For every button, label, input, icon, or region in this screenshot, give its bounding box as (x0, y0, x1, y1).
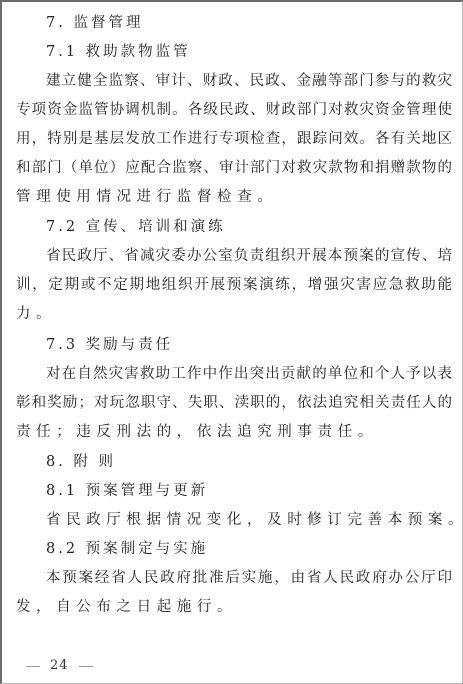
subsection-heading-7-2: 7.2 宣传、培训和演练 (46, 217, 452, 237)
paragraph-line: 省民政厅根据情况变化，及时修订完善本预案。 (46, 510, 452, 530)
paragraph-line: 责任；违反刑法的，依法追究刑事责任。 (16, 422, 452, 442)
subsection-heading-8-2: 8.2 预案制定与实施 (46, 539, 452, 559)
page-number: 24 (26, 658, 93, 674)
section-heading-7: 7. 监督管理 (46, 13, 452, 33)
dash-right (79, 666, 93, 667)
subsection-heading-7-1: 7.1 救助款物监管 (46, 42, 452, 62)
paragraph-line: 建立健全监察、审计、财政、民政、金融等部门参与的救灾 (46, 71, 452, 91)
page-number-text: 24 (50, 658, 69, 674)
dash-left (26, 666, 40, 667)
section-heading-8: 8. 附 则 (46, 452, 452, 472)
paragraph-line: 用，特别是基层发放工作进行专项检查，跟踪问效。各有关地区 (16, 129, 452, 149)
paragraph-line: 专项资金监管协调机制。各级民政、财政部门对救灾资金管理使 (16, 100, 452, 120)
document-page: 7. 监督管理 7.1 救助款物监管 建立健全监察、审计、财政、民政、金融等部门… (0, 0, 463, 684)
subsection-heading-8-1: 8.1 预案管理与更新 (46, 481, 452, 501)
paragraph-line: 力。 (16, 304, 452, 324)
paragraph-line: 彰和奖励；对玩忽职守、失职、渎职的，依法追究相关责任人的 (16, 393, 452, 413)
paragraph-line: 管理使用情况进行监督检查。 (16, 187, 452, 207)
paragraph-line: 本预案经省人民政府批准后实施，由省人民政府办公厅印 (46, 568, 452, 588)
paragraph-line: 训，定期或不定期地组织开展预案演练，增强灾害应急救助能 (16, 275, 452, 295)
paragraph-line: 省民政厅、省减灾委办公室负责组织开展本预案的宣传、培 (46, 246, 452, 266)
paragraph-line: 和部门（单位）应配合监察、审计部门对救灾款物和捐赠款物的 (16, 158, 452, 178)
paragraph-line: 发，自公布之日起施行。 (16, 597, 452, 617)
paragraph-line: 对在自然灾害救助工作中作出突出贡献的单位和个人予以表 (46, 364, 452, 384)
subsection-heading-7-3: 7.3 奖励与责任 (46, 335, 452, 355)
